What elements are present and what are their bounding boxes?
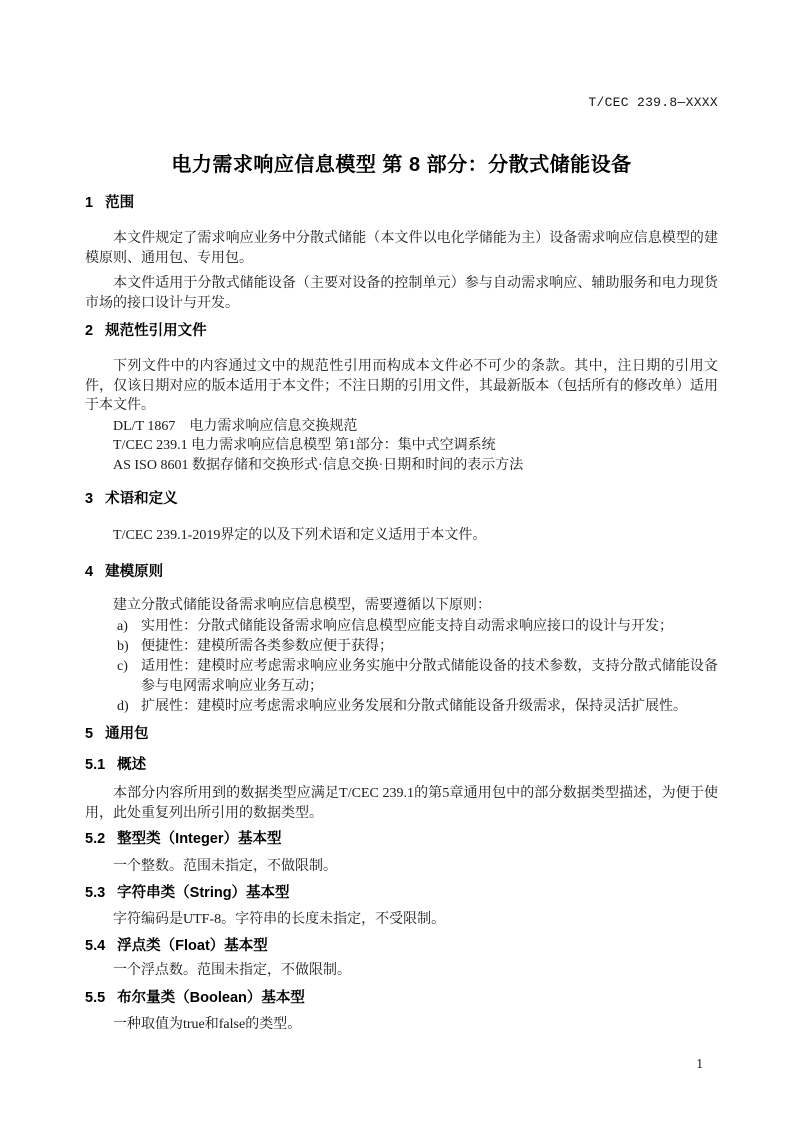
section-5-3-number: 5.3 [85,884,105,903]
section-5-3-heading: 5.3字符串类（String）基本型 [85,884,718,903]
section-2-heading: 2规范性引用文件 [85,322,718,341]
section-5-5-paragraph: 一种取值为true和false的类型。 [85,1015,718,1035]
document-title: 电力需求响应信息模型 第 8 部分：分散式储能设备 [85,152,718,179]
section-1-heading: 1范围 [85,194,718,213]
section-4-heading: 4建模原则 [85,563,718,582]
list-item-label: b) [117,637,141,657]
section-5-number: 5 [85,725,93,744]
list-item: d) 扩展性：建模时应考虑需求响应业务发展和分散式储能设备升级需求，保持灵活扩展… [85,697,718,717]
list-item-text: 便捷性：建模所需各类参数应便于获得； [141,637,718,657]
section-1-paragraph-2: 本文件适用于分散式储能设备（主要对设备的控制单元）参与自动需求响应、辅助服务和电… [85,274,718,313]
section-5-4-heading: 5.4浮点类（Float）基本型 [85,937,718,956]
section-4-intro: 建立分散式储能设备需求响应信息模型，需要遵循以下原则： [85,596,718,616]
normative-reference: T/CEC 239.1 电力需求响应信息模型 第1部分：集中式空调系统 [85,436,718,456]
page-number: 1 [85,1055,718,1073]
doc-code: T/CEC 239.8—XXXX [85,94,718,112]
section-5-4-title: 浮点类（Float）基本型 [117,938,268,954]
list-item-text: 扩展性：建模时应考虑需求响应业务发展和分散式储能设备升级需求，保持灵活扩展性。 [141,697,718,717]
list-item: b) 便捷性：建模所需各类参数应便于获得； [85,637,718,657]
section-4-title: 建模原则 [105,564,163,580]
section-5-2-paragraph: 一个整数。范围未指定，不做限制。 [85,857,718,877]
section-5-1-number: 5.1 [85,756,105,775]
page-content: T/CEC 239.8—XXXX 电力需求响应信息模型 第 8 部分：分散式储能… [85,0,718,1073]
section-2-title: 规范性引用文件 [105,323,207,339]
section-3-heading: 3术语和定义 [85,490,718,509]
list-item: a) 实用性：分散式储能设备需求响应信息模型应能支持自动需求响应接口的设计与开发… [85,617,718,637]
normative-reference: AS ISO 8601 数据存储和交换形式·信息交换·日期和时间的表示方法 [85,456,718,476]
document-page: T/CEC 239.8—XXXX 电力需求响应信息模型 第 8 部分：分散式储能… [0,0,794,1123]
list-item-text: 适用性：建模时应考虑需求响应业务实施中分散式储能设备的技术参数，支持分散式储能设… [141,657,718,697]
section-5-2-heading: 5.2整型类（Integer）基本型 [85,830,718,849]
section-5-5-heading: 5.5布尔量类（Boolean）基本型 [85,989,718,1008]
section-3-number: 3 [85,490,93,509]
section-3-paragraph-1: T/CEC 239.1-2019界定的以及下列术语和定义适用于本文件。 [85,526,718,546]
section-1-title: 范围 [105,195,134,211]
section-5-4-paragraph: 一个浮点数。范围未指定，不做限制。 [85,961,718,981]
section-5-1-title: 概述 [117,757,146,773]
section-3-title: 术语和定义 [105,491,178,507]
section-5-2-title: 整型类（Integer）基本型 [117,831,281,847]
list-item-label: a) [117,617,141,637]
section-5-2-number: 5.2 [85,830,105,849]
section-4-number: 4 [85,563,93,582]
normative-reference: DL/T 1867 电力需求响应信息交换规范 [85,417,718,437]
section-5-3-title: 字符串类（String）基本型 [117,885,289,901]
section-2-paragraph-1: 下列文件中的内容通过文中的规范性引用而构成本文件必不可少的条款。其中，注日期的引… [85,357,718,416]
section-5-5-title: 布尔量类（Boolean）基本型 [117,990,305,1006]
section-1-paragraph-1: 本文件规定了需求响应业务中分散式储能（本文件以电化学储能为主）设备需求响应信息模… [85,229,718,268]
section-5-3-paragraph: 字符编码是UTF-8。字符串的长度未指定，不受限制。 [85,910,718,930]
section-5-5-number: 5.5 [85,989,105,1008]
section-5-heading: 5通用包 [85,725,718,744]
section-5-title: 通用包 [105,726,149,742]
list-item-label: c) [117,657,141,697]
list-item-text: 实用性：分散式储能设备需求响应信息模型应能支持自动需求响应接口的设计与开发； [141,617,718,637]
principles-list: a) 实用性：分散式储能设备需求响应信息模型应能支持自动需求响应接口的设计与开发… [85,617,718,717]
section-5-4-number: 5.4 [85,937,105,956]
section-1-number: 1 [85,194,93,213]
section-2-number: 2 [85,322,93,341]
list-item: c) 适用性：建模时应考虑需求响应业务实施中分散式储能设备的技术参数，支持分散式… [85,657,718,697]
section-5-1-paragraph: 本部分内容所用到的数据类型应满足T/CEC 239.1的第5章通用包中的部分数据… [85,784,718,823]
section-5-1-heading: 5.1概述 [85,756,718,775]
list-item-label: d) [117,697,141,717]
